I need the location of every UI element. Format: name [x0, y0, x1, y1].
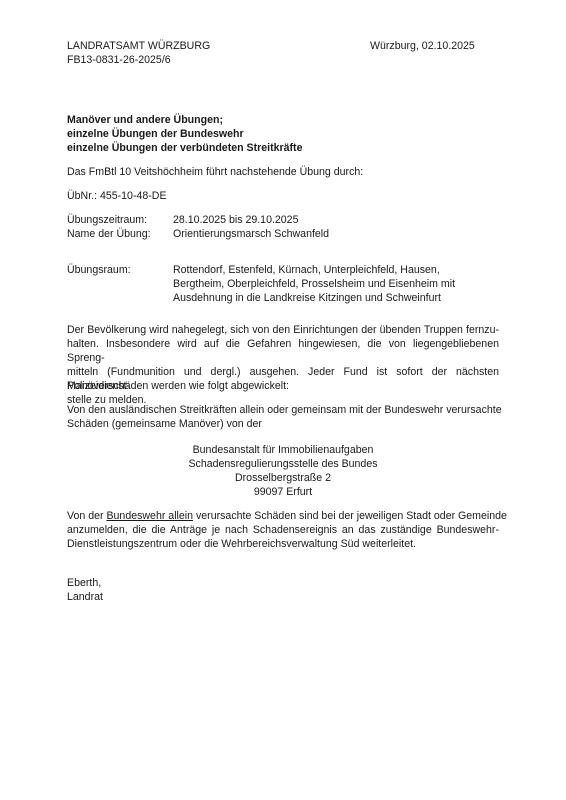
bundeswehr-paragraph: Von der Bundeswehr allein verursachte Sc…	[67, 509, 499, 551]
warning-paragraph: Der Bevölkerung wird nahegelegt, sich vo…	[67, 323, 499, 407]
place-date: Würzburg, 02.10.2025	[370, 39, 475, 53]
period-value: 28.10.2025 bis 29.10.2025	[173, 213, 298, 227]
bundeswehr-line-1: Von der Bundeswehr allein verursachte Sc…	[67, 509, 499, 523]
subject-line-3: einzelne Übungen der verbündeten Streitk…	[67, 141, 302, 155]
claims-office-address: Bundesanstalt für Immobilienaufgaben Sch…	[67, 443, 499, 499]
exercise-name-label: Name der Übung:	[67, 227, 151, 241]
warning-line-1: Der Bevölkerung wird nahegelegt, sich vo…	[67, 323, 499, 337]
area-label: Übungsraum:	[67, 263, 131, 277]
address-line-4: 99097 Erfurt	[67, 485, 499, 499]
area-line-1: Rottendorf, Estenfeld, Kürnach, Unterple…	[173, 263, 440, 277]
subject-line-1: Manöver und andere Übungen;	[67, 113, 223, 127]
subject-line-2: einzelne Übungen der Bundeswehr	[67, 127, 244, 141]
reference-number: FB13-0831-26-2025/6	[67, 53, 171, 67]
bundeswehr-underlined: Bundeswehr allein	[106, 510, 193, 522]
signature-title: Landrat	[67, 590, 103, 604]
foreign-forces-line-1: Von den ausländischen Streitkräften alle…	[67, 403, 499, 417]
period-label: Übungszeitraum:	[67, 213, 147, 227]
area-line-3: Ausdehnung in die Landkreise Kitzingen u…	[173, 291, 441, 305]
warning-line-2: halten. Insbesondere wird auf die Gefahr…	[67, 337, 499, 365]
authority-name: LANDRATSAMT WÜRZBURG	[67, 39, 210, 53]
damages-intro: Manöverschäden werden wie folgt abgewick…	[67, 379, 289, 393]
area-line-2: Bergtheim, Oberpleichfeld, Prosselsheim …	[173, 277, 455, 291]
signature-name: Eberth,	[67, 576, 101, 590]
address-line-1: Bundesanstalt für Immobilienaufgaben	[67, 443, 499, 457]
bundeswehr-line-3: Dienstleistungszentrum oder die Wehrbere…	[67, 537, 499, 551]
bundeswehr-line-1-rest: verursachte Schäden sind bei der jeweili…	[193, 510, 507, 522]
address-line-3: Drosselbergstraße 2	[67, 471, 499, 485]
exercise-number: ÜbNr.: 455-10-48-DE	[67, 189, 167, 203]
intro-text: Das FmBtl 10 Veitshöchheim führt nachste…	[67, 165, 363, 179]
foreign-forces-paragraph: Von den ausländischen Streitkräften alle…	[67, 403, 499, 431]
foreign-forces-line-2: Schäden (gemeinsame Manöver) von der	[67, 417, 499, 431]
exercise-name-value: Orientierungsmarsch Schwanfeld	[173, 227, 329, 241]
document-page: LANDRATSAMT WÜRZBURG FB13-0831-26-2025/6…	[0, 0, 566, 800]
bundeswehr-prefix: Von der	[67, 510, 106, 522]
address-line-2: Schadensregulierungsstelle des Bundes	[67, 457, 499, 471]
bundeswehr-line-2: anzumelden, die die Anträge je nach Scha…	[67, 523, 499, 537]
